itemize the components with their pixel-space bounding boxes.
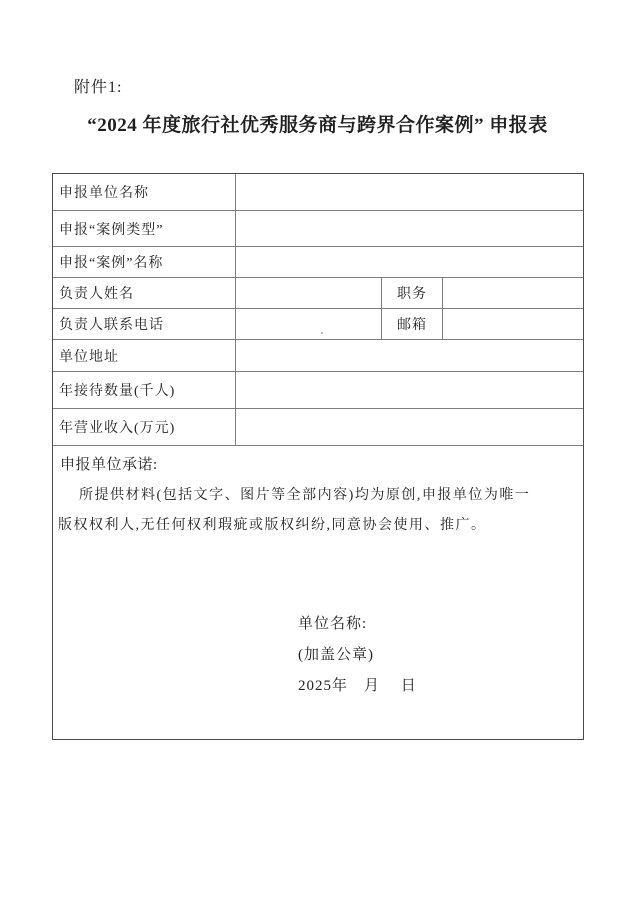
commitment-line-1: 所提供材料(包括文字、图片等全部内容)均为原创,申报单位为唯一 [58,481,575,511]
row-phone-label: 负责人联系电话 [53,309,235,339]
row-person-name-label: 负责人姓名 [53,278,235,308]
row-case-type-label: 申报“案例类型” [53,211,235,246]
row-annual-revenue-value-cell [235,409,583,445]
row-unit-name-value-cell [235,174,583,210]
signature-block: 单位名称: (加盖公章) 2025年 月 日 [298,609,417,702]
row-unit-name: 申报单位名称 [53,174,583,211]
row-email-value-cell [442,309,583,339]
row-annual-revenue-label: 年营业收入(万元) [53,409,235,445]
row-person-name-value-cell [235,278,381,308]
row-annual-reception: 年接待数量(千人) [53,372,583,409]
row-annual-reception-label: 年接待数量(千人) [53,372,235,408]
row-phone: 负责人联系电话 邮箱 [53,309,583,340]
row-case-name-value-cell [235,247,583,277]
application-form-table: 申报单位名称 申报“案例类型” 申报“案例”名称 负责人姓名 职务 负责人联系电… [52,173,584,740]
row-case-type-value-cell [235,211,583,246]
commitment-line-2: 版权权利人,无任何权利瑕疵或版权纠纷,同意协会使用、推广。 [58,511,575,541]
row-phone-value-cell [235,309,381,339]
row-position-value-cell [442,278,583,308]
row-case-name-label: 申报“案例”名称 [53,247,235,277]
commitment-paragraph: 所提供材料(包括文字、图片等全部内容)均为原创,申报单位为唯一 版权权利人,无任… [58,481,575,541]
row-address-value-cell [235,340,583,371]
signature-date-line: 2025年 月 日 [298,671,417,702]
document-title: “2024 年度旅行社优秀服务商与跨界合作案例” 申报表 [0,110,635,137]
row-person-name: 负责人姓名 职务 [53,278,583,309]
row-annual-reception-value-cell [235,372,583,408]
row-case-type: 申报“案例类型” [53,211,583,247]
row-annual-revenue: 年营业收入(万元) [53,409,583,446]
signature-unit-name-label: 单位名称: [298,609,417,640]
seal-note: (加盖公章) [298,640,417,671]
commitment-heading: 申报单位承诺: [60,453,575,474]
row-case-name: 申报“案例”名称 [53,247,583,278]
row-unit-name-label: 申报单位名称 [53,174,235,210]
row-position-label: 职务 [381,278,442,308]
row-address: 单位地址 [53,340,583,372]
row-email-label: 邮箱 [381,309,442,339]
scan-speck-artifact [321,332,323,334]
row-address-label: 单位地址 [53,340,235,371]
commitment-cell: 申报单位承诺: 所提供材料(包括文字、图片等全部内容)均为原创,申报单位为唯一 … [53,446,583,740]
attachment-label: 附件1: [74,74,122,97]
